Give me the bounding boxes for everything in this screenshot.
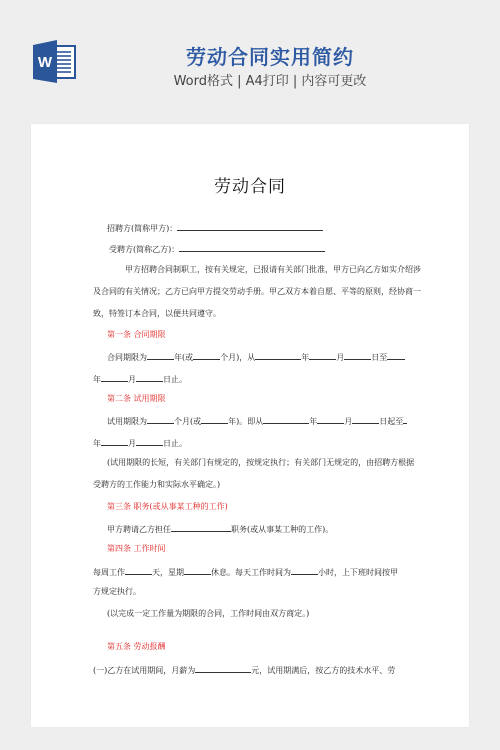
party-b-label: 受聘方(简称乙方)：: [109, 245, 179, 254]
banner-subtitle: Word格式 | A4打印 | 内容可更改: [170, 73, 370, 91]
party-b-blank: [179, 242, 325, 252]
section-1-heading: 第一条 合同期限: [107, 329, 166, 341]
section-4-line-2: 方规定执行。: [93, 586, 141, 598]
section-3-line-1: 甲方聘请乙方担任职务(或从事某工种的工作)。: [107, 522, 333, 536]
party-a-line: 招聘方(简称甲方)：: [107, 221, 323, 235]
section-1-line-2: 年月日止。: [93, 372, 187, 386]
intro-line-3: 致，特签订本合同，以便共同遵守。: [93, 308, 221, 320]
section-2-line-2: 年月日止。: [93, 436, 187, 450]
section-4-line-1: 每周工作天，星期休息。每天工作时间为小时，上下班时间按甲: [93, 565, 398, 579]
banner-title: 劳动合同实用简约: [180, 44, 360, 70]
intro-line-1: 甲方招聘合同制职工，按有关规定，已报请有关部门批准，甲方已向乙方如实介绍涉: [125, 264, 421, 276]
party-a-label: 招聘方(简称甲方)：: [107, 224, 177, 233]
section-2-line-1: 试用期限为个月(或年)。即从年月日起至: [107, 414, 407, 428]
section-5-line-1: (一)乙方在试用期间，月薪为元，试用期满后，按乙方的技术水平、劳: [93, 663, 395, 677]
banner: W 劳动合同实用简约 Word格式 | A4打印 | 内容可更改: [0, 0, 500, 124]
section-3-heading: 第三条 职务(或从事某工种的工作): [107, 501, 228, 513]
section-1-line-1: 合同期限为年(或个月)，从年月日至: [107, 350, 405, 364]
section-4-heading: 第四条 工作时间: [107, 543, 166, 555]
intro-line-2: 及合同的有关情况；乙方已向甲方提交劳动手册。甲乙双方本着自愿、平等的原则，经协商…: [93, 286, 421, 298]
section-2-note-2: 受聘方的工作能力和实际水平确定。): [93, 479, 220, 491]
document-page: 劳动合同 招聘方(简称甲方)： 受聘方(简称乙方)： 甲方招聘合同制职工，按有关…: [31, 124, 469, 727]
svg-text:W: W: [38, 54, 53, 71]
section-4-note-1: (以完成一定工作量为期限的合同，工作时间由双方商定。): [107, 608, 309, 620]
party-a-blank: [177, 221, 323, 231]
section-2-heading: 第二条 试用期限: [107, 393, 166, 405]
section-5-heading: 第五条 劳动报酬: [107, 641, 166, 653]
word-icon: W: [31, 40, 77, 83]
party-b-line: 受聘方(简称乙方)：: [109, 242, 325, 256]
document-title: 劳动合同: [31, 176, 469, 198]
section-2-note-1: (试用期限的长短，有关部门有规定的，按规定执行；有关部门无规定的，由招聘方根据: [107, 457, 414, 469]
